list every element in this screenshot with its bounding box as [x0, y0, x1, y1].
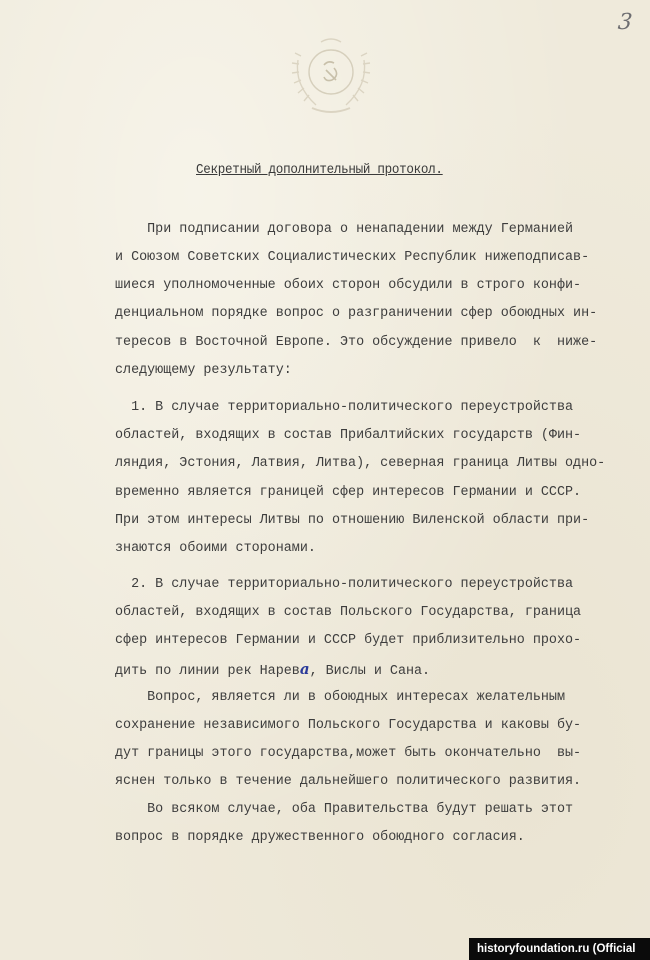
- text-line: денциальном порядке вопрос о разграничен…: [115, 306, 597, 321]
- text-line: следующему результату:: [115, 363, 292, 378]
- text-line: Во всяком случае, оба Правительства буду…: [115, 802, 573, 817]
- text-line: 1. В случае территориально-политического…: [115, 400, 573, 415]
- source-watermark: historyfoundation.ru (Official website): [469, 938, 650, 960]
- document-page: 3 Секретный дополнительный протокол. При…: [0, 0, 650, 960]
- handwritten-correction: а: [300, 660, 310, 678]
- page-number: 3: [617, 10, 634, 35]
- text-line: сохранение независимого Польского Госуда…: [115, 718, 581, 733]
- text-line: временно является границей сфер интересо…: [115, 485, 581, 500]
- text-line: областей, входящих в состав Польского Го…: [115, 605, 581, 620]
- text-line: ляндия, Эстония, Латвия, Литва), северна…: [115, 456, 605, 471]
- text-line-with-correction: дить по линии рек Нарева, Вислы и Сана.: [115, 660, 430, 679]
- text-line: знаются обоими сторонами.: [115, 541, 316, 556]
- text-line: и Союзом Советских Социалистических Респ…: [115, 250, 589, 265]
- text-line: Вопрос, является ли в обоюдных интересах…: [115, 690, 565, 705]
- text-line: областей, входящих в состав Прибалтийски…: [115, 428, 581, 443]
- text-line: При подписании договора о ненападении ме…: [115, 222, 573, 237]
- text-line: сфер интересов Германии и СССР будет при…: [115, 633, 581, 648]
- ussr-emblem-icon: [276, 30, 386, 120]
- text-segment: дить по линии рек Нарев: [115, 664, 300, 679]
- text-line: шиеся уполномоченные обоих сторон обсуди…: [115, 278, 581, 293]
- text-line: вопрос в порядке дружественного обоюдног…: [115, 830, 525, 845]
- text-segment: , Вислы и Сана.: [310, 664, 431, 679]
- text-line: 2. В случае территориально-политического…: [115, 577, 573, 592]
- text-line: дут границы этого государства,может быть…: [115, 746, 581, 761]
- text-line: яснен только в течение дальнейшего полит…: [115, 774, 581, 789]
- text-line: тересов в Восточной Европе. Это обсужден…: [115, 335, 597, 350]
- text-line: При этом интересы Литвы по отношению Вил…: [115, 513, 589, 528]
- document-title: Секретный дополнительный протокол.: [196, 163, 443, 178]
